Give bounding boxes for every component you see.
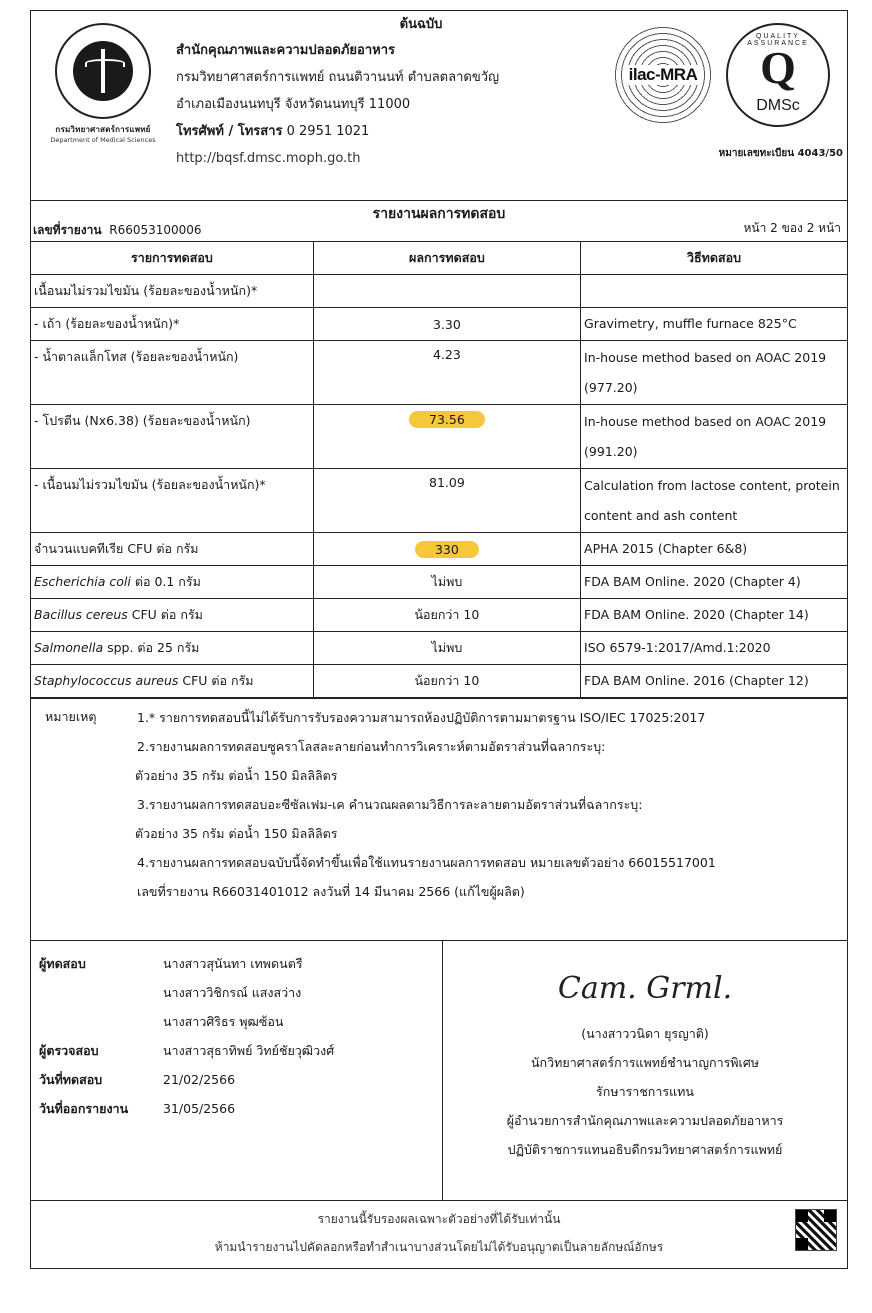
table-row: - น้ำตาลแล็กโทส (ร้อยละของน้ำหนัก)4.23In…: [31, 341, 847, 405]
method-cell: In-house method based on AOAC 2019 (991.…: [581, 405, 847, 469]
result-cell: น้อยกว่า 10: [313, 665, 580, 698]
issue-date-value: 31/05/2566: [163, 1094, 235, 1123]
signer-title: ปฏิบัติราชการแทนอธิบดีกรมวิทยาศาสตร์การแ…: [443, 1135, 847, 1164]
note-line: ตัวอย่าง 35 กรัม ต่อน้ำ 150 มิลลิลิตร: [135, 819, 716, 848]
highlighted-result-value: 73.56: [409, 411, 485, 428]
issue-date-label: วันที่ออกรายงาน: [39, 1094, 163, 1123]
test-item-cell: จำนวนแบคทีเรีย CFU ต่อ กรัม: [31, 533, 313, 566]
method-cell: Calculation from lactose content, protei…: [581, 469, 847, 533]
signature-section: ผู้ทดสอบ นางสาวสุนันทา เทพดนตรี นางสาววิ…: [31, 940, 847, 1200]
ministry-logo: กรมวิทยาศาสตร์การแพทย์ Department of Med…: [39, 23, 167, 144]
test-item-label: เนื้อนมไม่รวมไขมัน (ร้อยละของน้ำหนัก)*: [34, 283, 257, 298]
phone-number: 0 2951 1021: [287, 124, 370, 139]
report-header: กรมวิทยาศาสตร์การแพทย์ Department of Med…: [31, 11, 847, 201]
method-cell: APHA 2015 (Chapter 6&8): [581, 533, 847, 566]
dept-name-en: Department of Medical Sciences: [39, 136, 167, 144]
signer-title: นักวิทยาศาสตร์การแพทย์ชำนาญการพิเศษ: [443, 1048, 847, 1077]
tester-row: นางสาวศิริธร พุฒซ้อน: [39, 1007, 442, 1036]
test-item-cell: - เนื้อนมไม่รวมไขมัน (ร้อยละของน้ำหนัก)*: [31, 469, 313, 533]
test-item-label: CFU ต่อ กรัม: [128, 607, 203, 622]
reviewer-name: นางสาวสุธาทิพย์ วิทย์ชัยวุฒิวงศ์: [163, 1036, 334, 1065]
result-cell: [313, 275, 580, 308]
report-footer: รายงานนี้รับรองผลเฉพาะตัวอย่างที่ได้รับเ…: [31, 1200, 847, 1268]
test-item-cell: Bacillus cereus CFU ต่อ กรัม: [31, 599, 313, 632]
page-indicator: หน้า 2 ของ 2 หน้า: [744, 219, 842, 238]
method-cell: ISO 6579-1:2017/Amd.1:2020: [581, 632, 847, 665]
organism-name: Staphylococcus aureus: [34, 673, 178, 688]
address-line-1: กรมวิทยาศาสตร์การแพทย์ ถนนติวานนท์ ตำบลต…: [176, 64, 596, 91]
test-date-value: 21/02/2566: [163, 1065, 235, 1094]
personnel-info: ผู้ทดสอบ นางสาวสุนันทา เทพดนตรี นางสาววิ…: [31, 941, 443, 1200]
test-item-label: - เนื้อนมไม่รวมไขมัน (ร้อยละของน้ำหนัก)*: [34, 477, 266, 492]
qa-letter: Q: [728, 43, 828, 93]
method-cell: FDA BAM Online. 2020 (Chapter 4): [581, 566, 847, 599]
notes-list: 1.* รายการทดสอบนี้ไม่ได้รับการรับรองความ…: [137, 703, 716, 906]
reviewer-label: ผู้ตรวจสอบ: [39, 1036, 163, 1065]
test-item-cell: - เถ้า (ร้อยละของน้ำหนัก)*: [31, 308, 313, 341]
ilac-mra-text: ilac-MRA: [627, 65, 700, 85]
quality-assurance-logo-icon: QUALITY ASSURANCE Q DMSc: [726, 23, 830, 127]
tester-name: นางสาวสุนันทา เทพดนตรี: [163, 949, 303, 978]
results-table: รายการทดสอบ ผลการทดสอบ วิธีทดสอบ เนื้อนม…: [31, 241, 847, 698]
testers-label: ผู้ทดสอบ: [39, 949, 163, 978]
result-cell: น้อยกว่า 10: [313, 599, 580, 632]
note-line: 2.รายงานผลการทดสอบซูคราโลสละลายก่อนทำการ…: [137, 732, 716, 761]
signer-title: รักษาราชการแทน: [443, 1077, 847, 1106]
qa-brand: DMSc: [728, 97, 828, 115]
notes-section: หมายเหตุ 1.* รายการทดสอบนี้ไม่ได้รับการร…: [31, 698, 847, 940]
note-line: ตัวอย่าง 35 กรัม ต่อน้ำ 150 มิลลิลิตร: [135, 761, 716, 790]
website-link[interactable]: http://bqsf.dmsc.moph.go.th: [176, 145, 596, 172]
test-item-label: spp. ต่อ 25 กรัม: [103, 640, 199, 655]
organism-name: Salmonella: [34, 640, 103, 655]
result-cell: 4.23: [313, 341, 580, 405]
result-cell: ไม่พบ: [313, 632, 580, 665]
test-item-label: ต่อ 0.1 กรัม: [131, 574, 201, 589]
footer-disclaimer-2: ห้ามนำรายงานไปคัดลอกหรือทำสำเนาบางส่วนโด…: [31, 1233, 847, 1261]
test-date-row: วันที่ทดสอบ 21/02/2566: [39, 1065, 442, 1094]
org-info: ต้นฉบับ สำนักคุณภาพและความปลอดภัยอาหาร ก…: [176, 13, 596, 172]
result-cell: 81.09: [313, 469, 580, 533]
phone-line: โทรศัพท์ / โทรสาร 0 2951 1021: [176, 118, 596, 145]
organism-name: Bacillus cereus: [34, 607, 128, 622]
table-row: Salmonella spp. ต่อ 25 กรัมไม่พบISO 6579…: [31, 632, 847, 665]
ministry-seal-icon: [55, 23, 151, 119]
result-cell: ไม่พบ: [313, 566, 580, 599]
notes-label: หมายเหตุ: [45, 707, 96, 727]
tester-name: นางสาวศิริธร พุฒซ้อน: [163, 1007, 283, 1036]
result-cell: 73.56: [313, 405, 580, 469]
original-copy-label: ต้นฉบับ: [246, 13, 596, 37]
table-row: เนื้อนมไม่รวมไขมัน (ร้อยละของน้ำหนัก)*: [31, 275, 847, 308]
result-cell: 3.30: [313, 308, 580, 341]
table-row: - โปรตีน (Nx6.38) (ร้อยละของน้ำหนัก)73.5…: [31, 405, 847, 469]
col-header-test-item: รายการทดสอบ: [31, 242, 313, 275]
note-line: เลขที่รายงาน R66031401012 ลงวันที่ 14 มี…: [137, 877, 716, 906]
phone-label: โทรศัพท์ / โทรสาร: [176, 124, 282, 139]
result-value: 3.30: [433, 317, 461, 332]
note-line: 4.รายงานผลการทดสอบฉบับนี้จัดทำขึ้นเพื่อใ…: [137, 848, 716, 877]
result-cell: 330: [313, 533, 580, 566]
organism-name: Escherichia coli: [34, 574, 131, 589]
table-row: - เถ้า (ร้อยละของน้ำหนัก)*3.30Gravimetry…: [31, 308, 847, 341]
table-row: จำนวนแบคทีเรีย CFU ต่อ กรัม330APHA 2015 …: [31, 533, 847, 566]
note-line: 3.รายงานผลการทดสอบอะซีซัลเฟม-เค คำนวณผลต…: [137, 790, 716, 819]
test-date-label: วันที่ทดสอบ: [39, 1065, 163, 1094]
signer-name: (นางสาววนิดา ยุรญาติ): [443, 1019, 847, 1048]
method-cell: Gravimetry, muffle furnace 825°C: [581, 308, 847, 341]
method-cell: FDA BAM Online. 2016 (Chapter 12): [581, 665, 847, 698]
result-value: 81.09: [429, 475, 465, 490]
table-row: - เนื้อนมไม่รวมไขมัน (ร้อยละของน้ำหนัก)*…: [31, 469, 847, 533]
result-value: 4.23: [433, 347, 461, 362]
note-line: 1.* รายการทดสอบนี้ไม่ได้รับการรับรองความ…: [137, 703, 716, 732]
report-number: เลขที่รายงาน R66053100006: [33, 221, 202, 240]
test-item-label: - น้ำตาลแล็กโทส (ร้อยละของน้ำหนัก): [34, 349, 238, 364]
tester-name: นางสาววิชิกรณ์ แสงสว่าง: [163, 978, 301, 1007]
method-cell: [581, 275, 847, 308]
method-cell: In-house method based on AOAC 2019 (977.…: [581, 341, 847, 405]
tester-row: นางสาววิชิกรณ์ แสงสว่าง: [39, 978, 442, 1007]
table-row: Escherichia coli ต่อ 0.1 กรัมไม่พบFDA BA…: [31, 566, 847, 599]
test-item-label: CFU ต่อ กรัม: [178, 673, 253, 688]
footer-disclaimer-1: รายงานนี้รับรองผลเฉพาะตัวอย่างที่ได้รับเ…: [31, 1205, 847, 1233]
result-value: น้อยกว่า 10: [414, 607, 479, 622]
test-item-cell: - โปรตีน (Nx6.38) (ร้อยละของน้ำหนัก): [31, 405, 313, 469]
test-item-label: จำนวนแบคทีเรีย CFU ต่อ กรัม: [34, 541, 199, 556]
test-item-label: - เถ้า (ร้อยละของน้ำหนัก)*: [34, 316, 179, 331]
handwritten-signature: Cam. Grml.: [443, 959, 847, 1019]
test-item-cell: - น้ำตาลแล็กโทส (ร้อยละของน้ำหนัก): [31, 341, 313, 405]
result-value: ไม่พบ: [432, 574, 463, 589]
test-report-document: กรมวิทยาศาสตร์การแพทย์ Department of Med…: [30, 10, 848, 1269]
highlighted-result-value: 330: [415, 541, 479, 558]
registration-number: หมายเลขทะเบียน 4043/50: [719, 146, 843, 161]
dept-name-th: กรมวิทยาศาสตร์การแพทย์: [39, 123, 167, 136]
issue-date-row: วันที่ออกรายงาน 31/05/2566: [39, 1094, 442, 1123]
table-row: Bacillus cereus CFU ต่อ กรัมน้อยกว่า 10F…: [31, 599, 847, 632]
result-value: น้อยกว่า 10: [414, 673, 479, 688]
org-name: สำนักคุณภาพและความปลอดภัยอาหาร: [176, 37, 596, 64]
reviewer-row: ผู้ตรวจสอบ นางสาวสุธาทิพย์ วิทย์ชัยวุฒิว…: [39, 1036, 442, 1065]
test-item-cell: Salmonella spp. ต่อ 25 กรัม: [31, 632, 313, 665]
test-item-cell: Staphylococcus aureus CFU ต่อ กรัม: [31, 665, 313, 698]
report-number-value: R66053100006: [109, 223, 201, 237]
method-cell: FDA BAM Online. 2020 (Chapter 14): [581, 599, 847, 632]
col-header-result: ผลการทดสอบ: [313, 242, 580, 275]
address-line-2: อำเภอเมืองนนทบุรี จังหวัดนนทบุรี 11000: [176, 91, 596, 118]
signer-title: ผู้อำนวยการสำนักคุณภาพและความปลอดภัยอาหา…: [443, 1106, 847, 1135]
report-title-row: รายงานผลการทดสอบ เลขที่รายงาน R660531000…: [31, 201, 847, 241]
table-row: Staphylococcus aureus CFU ต่อ กรัมน้อยกว…: [31, 665, 847, 698]
authorized-signer: Cam. Grml. (นางสาววนิดา ยุรญาติ) นักวิทย…: [443, 941, 847, 1200]
col-header-method: วิธีทดสอบ: [581, 242, 847, 275]
test-item-label: - โปรตีน (Nx6.38) (ร้อยละของน้ำหนัก): [34, 413, 251, 428]
result-value: ไม่พบ: [432, 640, 463, 655]
qr-code-icon[interactable]: [795, 1209, 837, 1251]
tester-row: ผู้ทดสอบ นางสาวสุนันทา เทพดนตรี: [39, 949, 442, 978]
ilac-mra-logo-icon: ilac-MRA: [611, 23, 715, 127]
test-item-cell: เนื้อนมไม่รวมไขมัน (ร้อยละของน้ำหนัก)*: [31, 275, 313, 308]
test-item-cell: Escherichia coli ต่อ 0.1 กรัม: [31, 566, 313, 599]
report-number-label: เลขที่รายงาน: [33, 223, 102, 237]
table-header-row: รายการทดสอบ ผลการทดสอบ วิธีทดสอบ: [31, 242, 847, 275]
